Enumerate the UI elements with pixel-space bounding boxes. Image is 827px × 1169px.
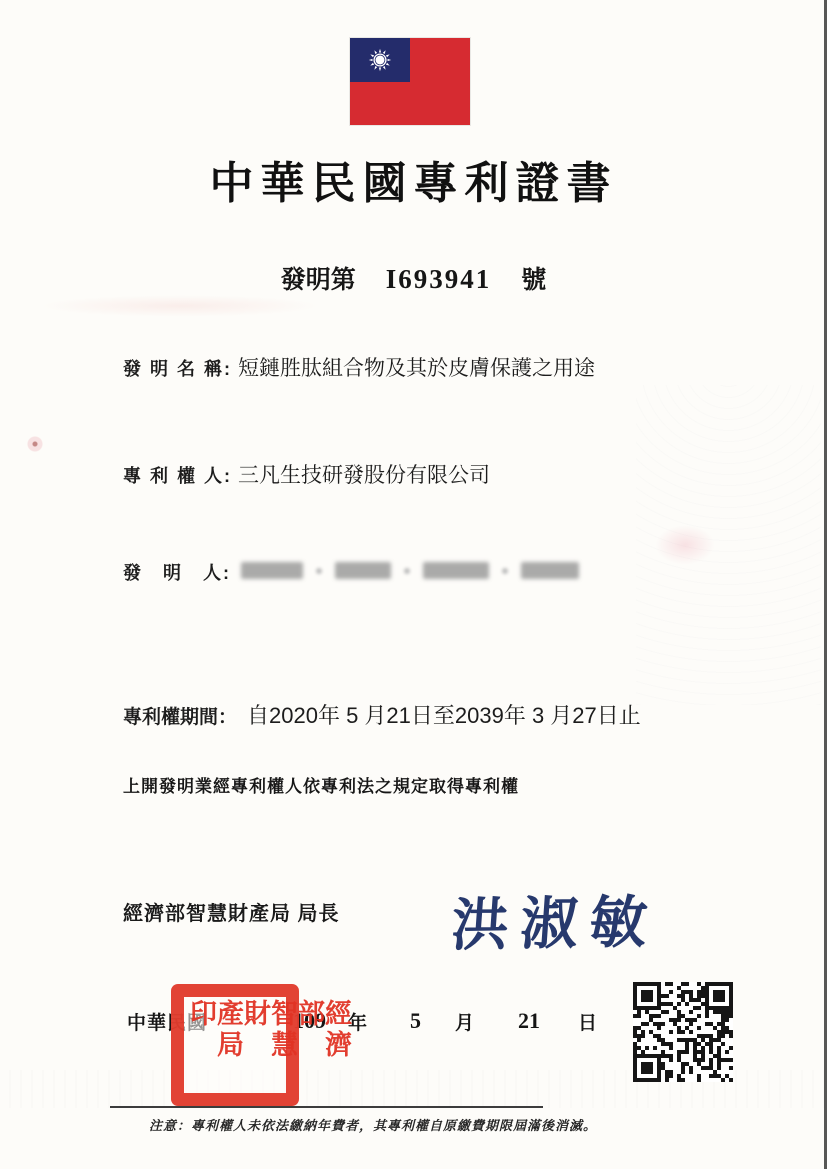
certificate-number-line: 發明第 I693941 號	[0, 260, 827, 296]
guilloche-pattern	[636, 385, 821, 705]
invention-name-label: 發 明 名 稱:	[123, 355, 232, 381]
redacted-name	[241, 562, 303, 579]
paper-smudge	[655, 525, 715, 565]
field-patentee: 專 利 權 人: 三凡生技研發股份有限公司	[123, 459, 490, 489]
paper-speck	[22, 436, 48, 456]
inventors-label: 發 明 人:	[123, 559, 231, 585]
name-separator	[502, 568, 508, 574]
certificate-title: 中華民國專利證書	[0, 147, 827, 211]
paper-smudge	[40, 295, 320, 317]
seal-column: 產局印	[187, 999, 241, 1091]
director-signature: 洪淑敏	[449, 876, 685, 962]
qr-code	[633, 982, 733, 1082]
flag-canton	[350, 38, 410, 82]
issuer-title: 經濟部智慧財產局 局長	[123, 897, 340, 926]
footer-divider	[110, 1106, 543, 1108]
name-separator	[316, 568, 322, 574]
date-day-unit: 日	[578, 1008, 597, 1035]
seal-column: 經濟部	[295, 999, 349, 1091]
official-seal: 經濟部 智慧財 產局印	[171, 984, 299, 1106]
redacted-name	[335, 562, 391, 579]
legal-statement: 上開發明業經專利權人依專利法之規定取得專利權	[123, 772, 519, 797]
cert-number-suffix: 號	[521, 260, 546, 296]
date-month: 5	[410, 1008, 421, 1034]
invention-name-value: 短鏈胜肽組合物及其於皮膚保護之用途	[238, 352, 595, 382]
patentee-label: 專 利 權 人:	[123, 462, 232, 488]
patent-certificate-page: 中華民國專利證書 發明第 I693941 號 發 明 名 稱: 短鏈胜肽組合物及…	[0, 0, 827, 1169]
redacted-name	[521, 562, 579, 579]
footer-note: 注意：專利權人未依法繳納年費者，其專利權自原繳費期限屆滿後消滅。	[123, 1115, 623, 1134]
inventors-redacted-names	[241, 562, 579, 579]
patent-term-label: 專利權期間：	[123, 702, 237, 729]
name-separator	[404, 568, 410, 574]
date-month-unit: 月	[455, 1008, 474, 1035]
cert-number: I693941	[386, 264, 492, 295]
field-invention-name: 發 明 名 稱: 短鏈胜肽組合物及其於皮膚保護之用途	[123, 352, 595, 382]
field-inventors: 發 明 人:	[123, 559, 579, 585]
patent-term-value: 自2020年 5 月21日至2039年 3 月27日止	[247, 699, 641, 730]
seal-column: 智慧財	[241, 999, 295, 1091]
date-day: 21	[518, 1008, 540, 1034]
cert-number-prefix: 發明第	[281, 260, 356, 296]
taiwan-flag	[350, 38, 470, 125]
redacted-name	[423, 562, 489, 579]
field-patent-term: 專利權期間： 自2020年 5 月21日至2039年 3 月27日止	[123, 699, 641, 730]
patentee-value: 三凡生技研發股份有限公司	[238, 459, 490, 489]
white-sun-icon	[364, 44, 396, 76]
